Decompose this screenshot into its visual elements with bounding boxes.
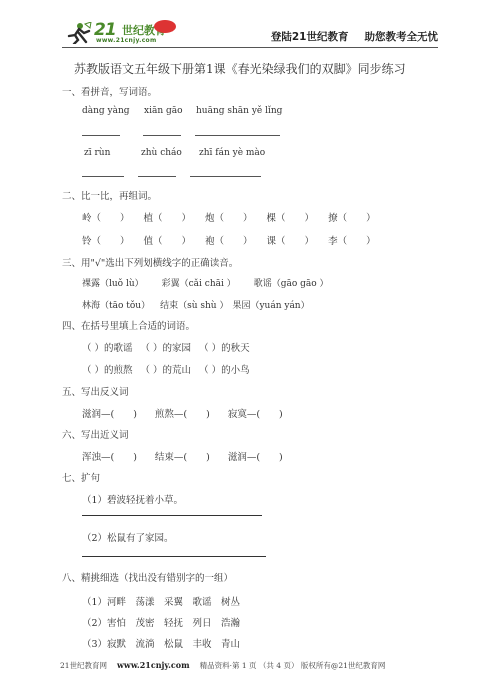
pinyin-item: zhī fán yè mào bbox=[199, 148, 265, 158]
pronunciation-item: 结束（sù shù ） bbox=[160, 298, 228, 311]
answer-blank[interactable] bbox=[190, 176, 261, 177]
pinyin-item: xiān gāo bbox=[144, 106, 183, 116]
choice-option-2[interactable]: （2）害怕 茂密 轻抚 列日 浩瀚 bbox=[82, 615, 240, 629]
compare-item: 课（ ） bbox=[267, 233, 315, 247]
logo: 21 世纪教育 www.21cnjy.com bbox=[66, 20, 186, 46]
answer-blank[interactable] bbox=[143, 135, 181, 136]
slogan-login: 登陆21世纪教育 bbox=[271, 31, 349, 43]
header-slogan: 登陆21世纪教育助您教考全无忧 bbox=[271, 29, 438, 44]
page-footer: 21世纪教育网www.21cnjy.com精品资料·第 1 页 （共 4 页） … bbox=[60, 660, 385, 671]
pronunciation-row-2: 林海（tāo tǒu）结束（sù shù ）果园（yuán yán） bbox=[82, 298, 310, 311]
answer-line[interactable] bbox=[82, 515, 262, 516]
compare-item: 植（ ） bbox=[144, 210, 192, 224]
synonym-item: 浑浊—( ) bbox=[82, 449, 137, 463]
pronunciation-item: 裸露（luǒ lù） bbox=[82, 276, 144, 289]
pronunciation-item: 果园（yuán yán） bbox=[232, 298, 309, 311]
section-6-heading: 六、写出近义词 bbox=[62, 427, 129, 441]
synonym-item: 结束—( ) bbox=[155, 449, 210, 463]
section-7-heading: 七、扩句 bbox=[62, 470, 100, 484]
compare-item: 铃（ ） bbox=[82, 233, 130, 247]
fill-row-2: （ ）的煎熬（ ）的荒山（ ）的小鸟 bbox=[82, 362, 250, 376]
pronunciation-item: 林海（tāo tǒu） bbox=[82, 298, 150, 311]
compare-row-2: 铃（ ）值（ ）袍（ ）课（ ）李（ ） bbox=[82, 233, 376, 247]
section-2-heading: 二、比一比，再组词。 bbox=[62, 188, 157, 202]
synonym-row: 浑浊—( )结束—( )滋润—( ) bbox=[82, 449, 283, 463]
footer-website-link[interactable]: www.21cnjy.com bbox=[117, 660, 190, 670]
compare-item: 袍（ ） bbox=[205, 233, 253, 247]
pronunciation-item: 歌谣（gāo gāo ） bbox=[254, 276, 329, 289]
pronunciation-row-1: 裸露（luǒ lù）彩翼（cǎi chāi ）歌谣（gāo gāo ） bbox=[82, 276, 329, 289]
fill-item: （ ）的荒山 bbox=[141, 362, 192, 376]
runner-icon bbox=[66, 22, 92, 44]
synonym-item: 滋润—( ) bbox=[228, 449, 283, 463]
section-4-heading: 四、在括号里填上合适的词语。 bbox=[62, 318, 195, 332]
compare-item: 李（ ） bbox=[328, 233, 376, 247]
logo-ball-icon bbox=[154, 20, 176, 33]
answer-line[interactable] bbox=[82, 556, 266, 557]
compare-row-1: 岭（ ）植（ ）炮（ ）棵（ ）撩（ ） bbox=[82, 210, 376, 224]
compare-item: 岭（ ） bbox=[82, 210, 130, 224]
expand-item-1: （1）碧波轻抚着小草。 bbox=[82, 492, 183, 506]
choice-option-3[interactable]: （3）寂默 流淌 松鼠 丰收 青山 bbox=[82, 636, 240, 650]
compare-item: 值（ ） bbox=[144, 233, 192, 247]
fill-item: （ ）的煎熬 bbox=[82, 362, 133, 376]
logo-url: www.21cnjy.com bbox=[96, 37, 157, 44]
fill-row-1: （ ）的歌谣（ ）的家园（ ）的秋天 bbox=[82, 340, 250, 354]
page-header: 21 世纪教育 www.21cnjy.com 登陆21世纪教育助您教考全无忧 bbox=[62, 18, 438, 48]
fill-item: （ ）的秋天 bbox=[199, 340, 250, 354]
section-8-heading: 八、精挑细选（找出没有错别字的一组） bbox=[62, 570, 233, 584]
pronunciation-item: 彩翼（cǎi chāi ） bbox=[162, 276, 236, 289]
antonym-item: 煎熬—( ) bbox=[155, 406, 210, 420]
pinyin-item: dàng yàng bbox=[82, 106, 130, 116]
slogan-tagline: 助您教考全无忧 bbox=[365, 31, 439, 43]
antonym-item: 滋润—( ) bbox=[82, 406, 137, 420]
antonym-item: 寂寞—( ) bbox=[228, 406, 283, 420]
choice-option-1[interactable]: （1）河畔 荡漾 采翼 歌谣 树丛 bbox=[82, 594, 240, 608]
answer-blank[interactable] bbox=[195, 135, 280, 136]
antonym-row: 滋润—( )煎熬—( )寂寞—( ) bbox=[82, 406, 283, 420]
footer-site-name: 21世纪教育网 bbox=[60, 661, 107, 670]
fill-item: （ ）的家园 bbox=[141, 340, 192, 354]
pinyin-item: zī rùn bbox=[84, 148, 110, 158]
footer-page-info: 精品资料·第 1 页 （共 4 页） 版权所有@21世纪教育网 bbox=[200, 661, 386, 670]
compare-item: 炮（ ） bbox=[205, 210, 253, 224]
compare-item: 撩（ ） bbox=[328, 210, 376, 224]
section-1-heading: 一、看拼音，写词语。 bbox=[62, 84, 157, 98]
answer-blank[interactable] bbox=[138, 176, 176, 177]
fill-item: （ ）的歌谣 bbox=[82, 340, 133, 354]
fill-item: （ ）的小鸟 bbox=[199, 362, 250, 376]
section-3-heading: 三、用"√"选出下列划横线字的正确读音。 bbox=[62, 255, 238, 269]
compare-item: 棵（ ） bbox=[267, 210, 315, 224]
expand-item-2: （2）松鼠有了家园。 bbox=[82, 530, 174, 544]
page-title: 苏教版语文五年级下册第1课《春光染绿我们的双脚》同步练习 bbox=[74, 60, 406, 77]
answer-blank[interactable] bbox=[82, 176, 124, 177]
answer-blank[interactable] bbox=[82, 135, 120, 136]
pinyin-item: zhù cháo bbox=[141, 148, 182, 158]
pinyin-item: huāng shān yě lǐng bbox=[196, 106, 282, 116]
section-5-heading: 五、写出反义词 bbox=[62, 384, 129, 398]
